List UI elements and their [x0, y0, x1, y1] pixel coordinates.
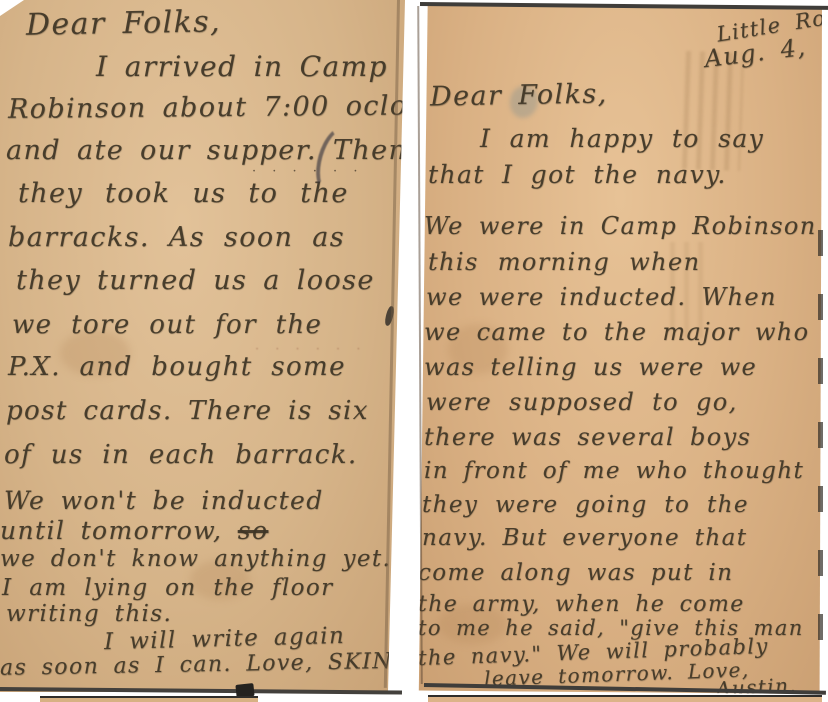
letter-line: they took us to the	[18, 178, 349, 209]
letter-line: I arrived in Camp	[96, 50, 388, 83]
letter-line: We won't be inducted	[4, 486, 324, 515]
letter-line: the army, when he come	[418, 592, 745, 617]
letter-line: we came to the major who	[424, 318, 809, 346]
next-card-strip-right	[428, 695, 822, 702]
letter-line: post cards. There is six	[6, 396, 369, 426]
letter-line: navy. But everyone that	[422, 525, 747, 551]
struck-word: so	[238, 516, 269, 545]
letter-line: Robinson about 7:00 oclock,	[8, 90, 452, 125]
letter-line: Dear Folks,	[26, 4, 222, 42]
letter-line: this morning when	[428, 248, 700, 276]
stamp-dot-marks: · · · · · ·	[255, 342, 366, 357]
letter-line: writing this.	[6, 601, 172, 627]
postcard-left: Dear Folks, I arrived in Camp Robinson a…	[0, 0, 405, 692]
letter-line: was telling us were we	[424, 353, 757, 381]
letter-line: in front of me who thought	[424, 458, 804, 484]
next-card-strip-left	[40, 696, 258, 702]
letter-line: We were in Camp Robinson	[424, 212, 817, 240]
letter-line: of us in each barrack.	[4, 440, 358, 470]
letter-line: come along was put in	[418, 560, 733, 586]
letter-line: they turned us a loose	[16, 265, 375, 296]
letter-line: they were going to the	[422, 492, 749, 518]
letter-line: I am happy to say	[480, 124, 764, 153]
letter-line: barracks. As soon as	[8, 222, 345, 253]
letter-line: we don't know anything yet.	[0, 546, 391, 572]
letter-line: there was several boys	[424, 423, 751, 451]
letter-line: that I got the navy.	[428, 160, 727, 189]
letter-line: we tore out for the	[12, 310, 322, 340]
letter-line: Dear Folks,	[430, 78, 608, 112]
scanned-postcards-page: Dear Folks, I arrived in Camp Robinson a…	[0, 0, 828, 702]
stamp-dot-marks: · · · · · ·	[252, 164, 363, 179]
postcard-right: Little Rock Aug. 4, 1944 Dear Folks, I a…	[418, 4, 822, 694]
scan-edge-marks	[818, 230, 823, 650]
letter-line: I am lying on the floor	[2, 575, 334, 601]
letter-line: we were inducted. When	[426, 283, 777, 311]
letter-line: until tomorrow, so	[0, 516, 268, 545]
letter-line-text: until tomorrow,	[0, 516, 222, 545]
letter-line: were supposed to go,	[426, 388, 738, 416]
signature-line: as soon as I can. Love, SKINNY.	[0, 648, 435, 681]
right-card-left-edge-shadow	[417, 6, 423, 684]
